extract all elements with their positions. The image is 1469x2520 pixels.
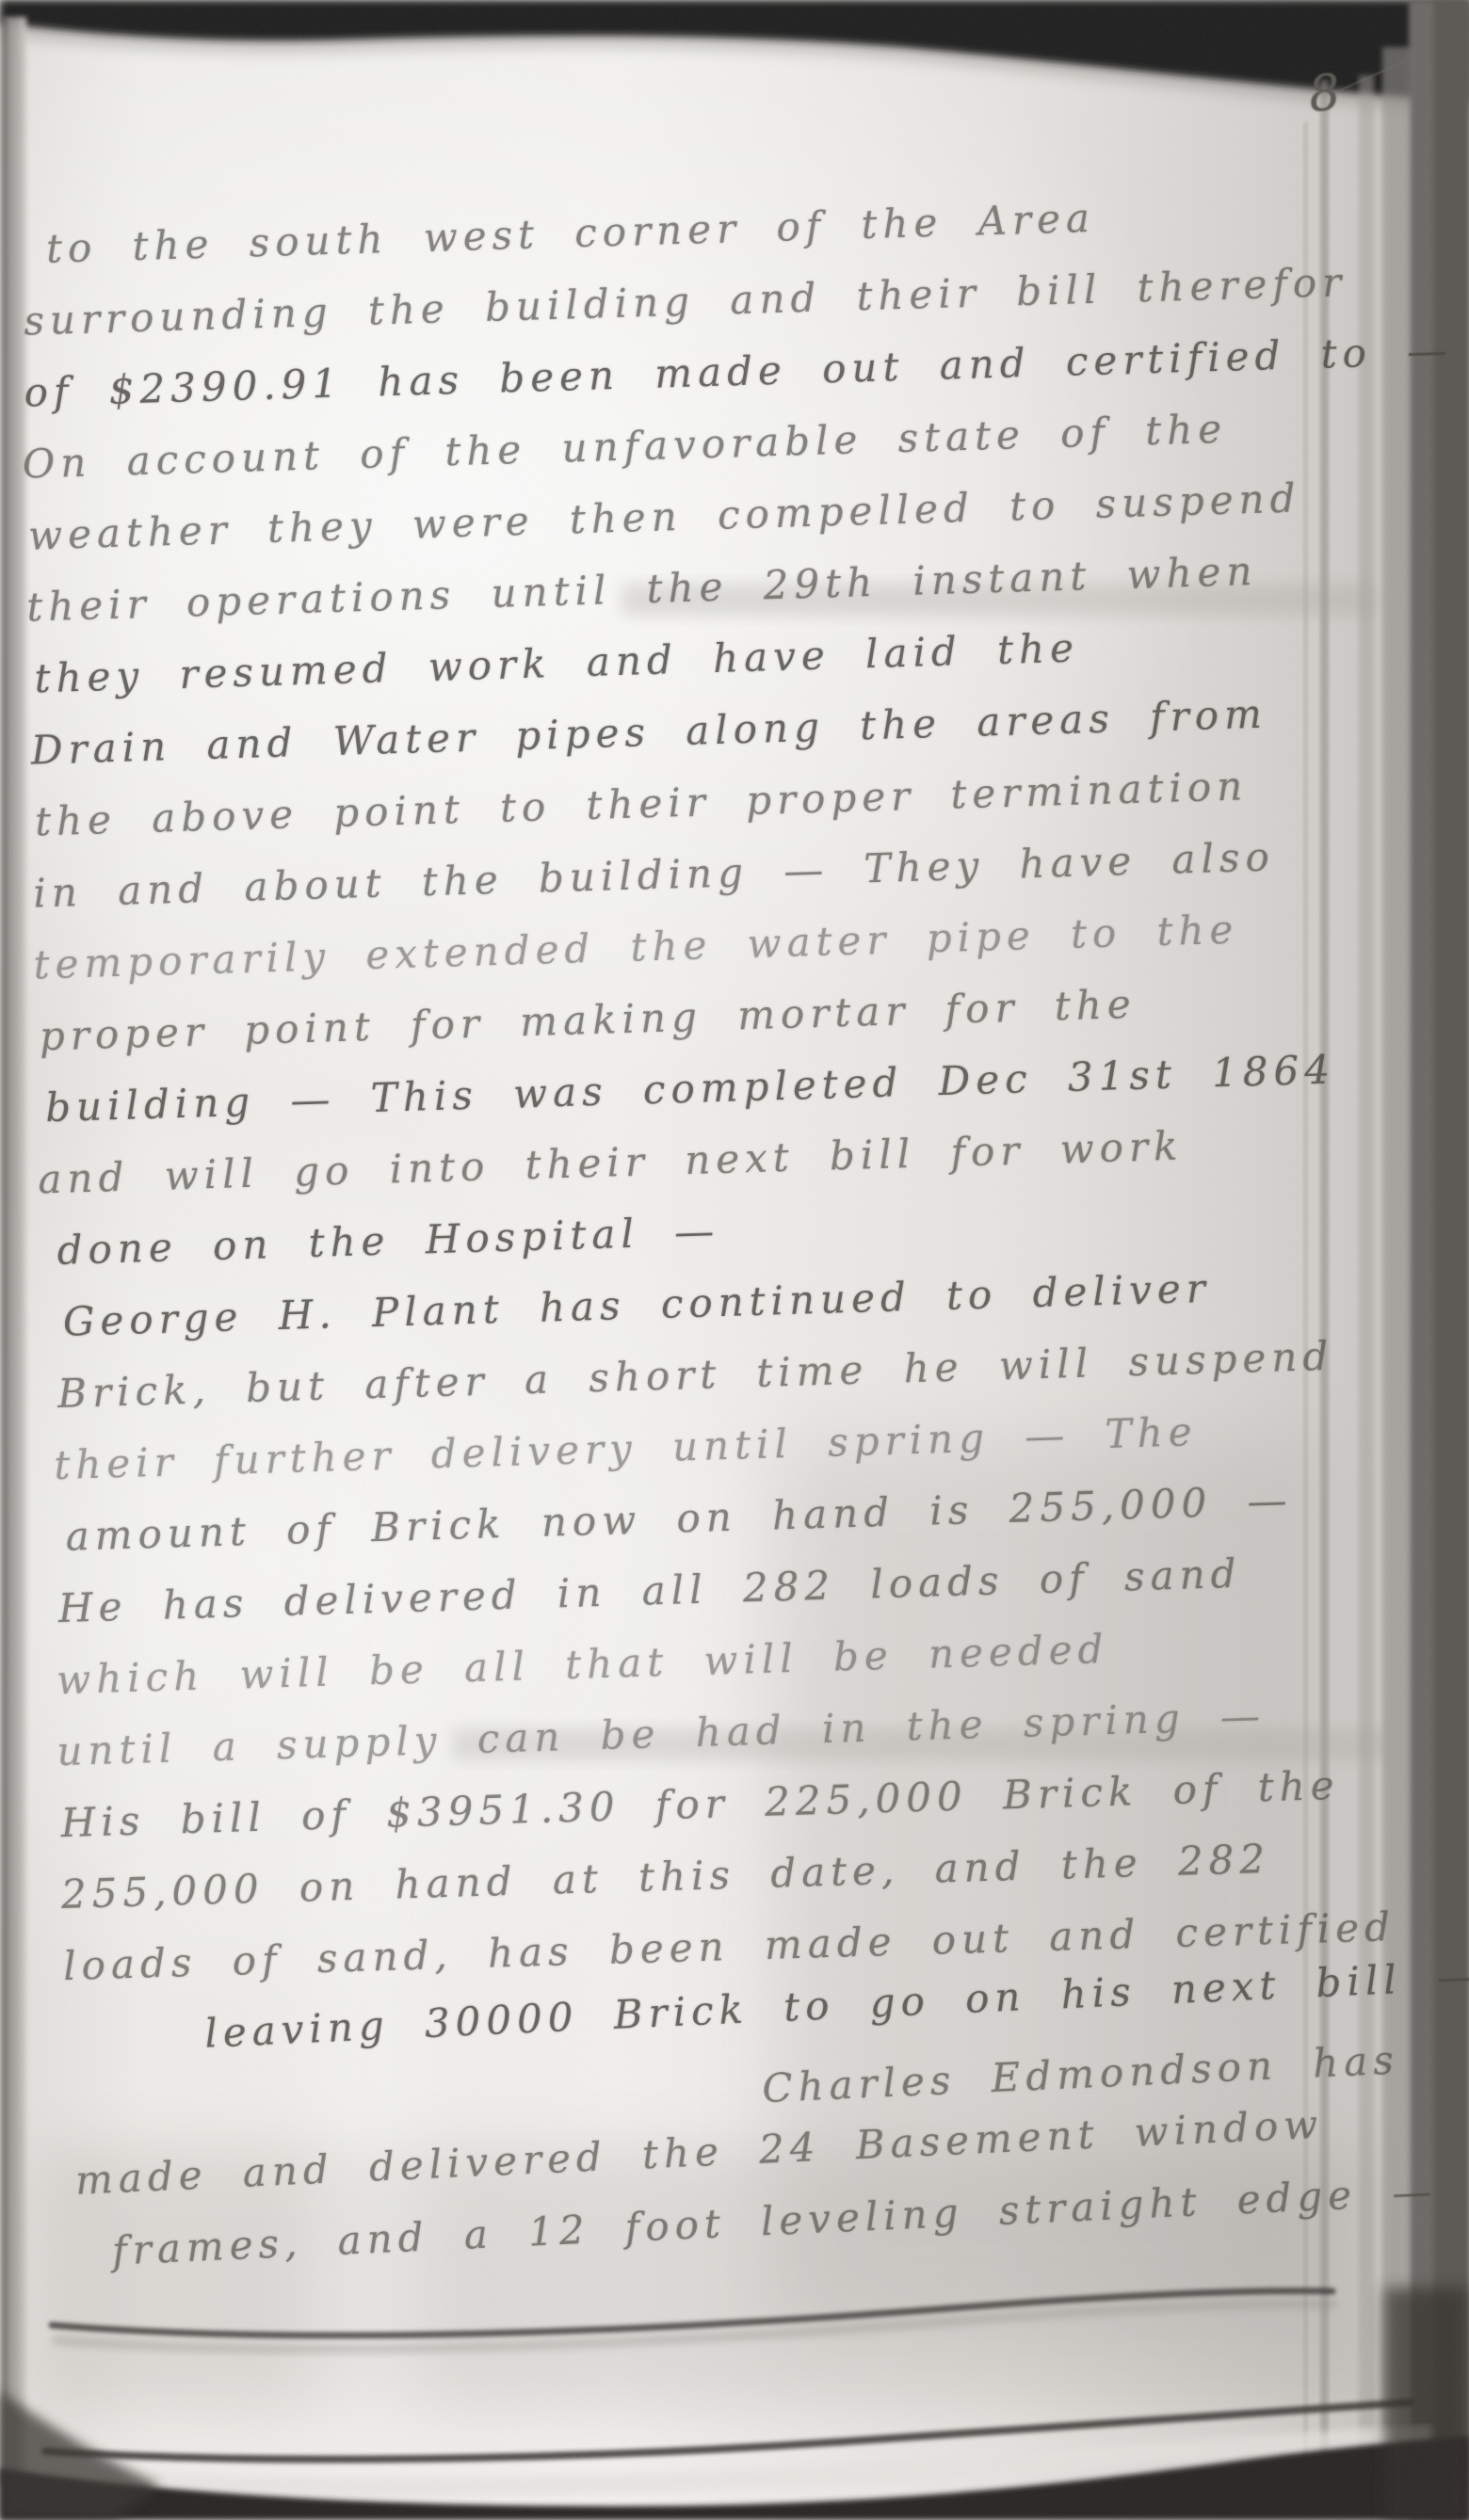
scan-bottom-right-corner [1384,2287,1469,2520]
scan-left-edge-dark [0,19,8,2485]
scanned-manuscript-page: 8 to the south west corner of the Area s… [0,0,1469,2520]
page-number: 8 [1306,64,1343,123]
handwritten-text-block: to the south west corner of the Area sur… [9,174,1447,2288]
